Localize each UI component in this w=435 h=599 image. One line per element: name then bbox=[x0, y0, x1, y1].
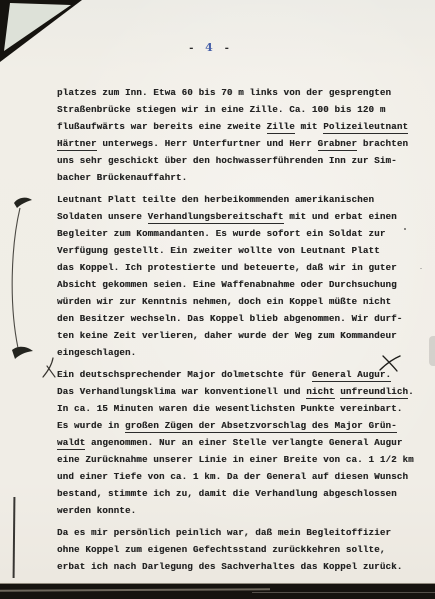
page-corner-fold bbox=[0, 0, 90, 70]
page-number-dash-right: - bbox=[223, 43, 232, 55]
text-line: Soldaten unsere Verhandlungsbereitschaft… bbox=[57, 208, 429, 225]
x-pen-mark bbox=[378, 354, 404, 374]
text-line: Leutnant Platt teilte den herbeikommende… bbox=[57, 191, 429, 208]
text-segment: ohne Koppel zum eigenen Gefechtsstand zu… bbox=[57, 544, 385, 555]
text-line: werden konnte. bbox=[57, 502, 429, 519]
text-line: waldt angenommen. Nur an einer Stelle ve… bbox=[57, 434, 429, 451]
text-segment: eine Zurücknahme unserer Linie in einer … bbox=[57, 454, 414, 465]
text-line: Härtner unterwegs. Herr Unterfurtner und… bbox=[57, 135, 429, 152]
text-segment: Es wurde in bbox=[57, 420, 125, 431]
paragraph: platzes zum Inn. Etwa 60 bis 70 m links … bbox=[57, 84, 429, 186]
page-edge-streak bbox=[252, 592, 435, 593]
text-segment: mit bbox=[295, 121, 323, 132]
text-line: In ca. 15 Minuten waren die wesentlichst… bbox=[57, 400, 429, 417]
scan-smudge bbox=[429, 336, 435, 366]
text-line: platzes zum Inn. Etwa 60 bis 70 m links … bbox=[57, 84, 429, 101]
text-line: uns sehr geschickt über den hochwasserfü… bbox=[57, 152, 429, 169]
paragraph: Leutnant Platt teilte den herbeikommende… bbox=[57, 191, 429, 361]
ink-speck bbox=[404, 228, 406, 230]
paragraph: Ein deutschsprechender Major dolmetschte… bbox=[57, 366, 429, 519]
document-body: platzes zum Inn. Etwa 60 bis 70 m links … bbox=[57, 84, 429, 580]
text-segment: das Koppel. Ich protestierte und beteuer… bbox=[57, 262, 397, 273]
underlined-text: unfreundlich bbox=[340, 386, 408, 399]
text-line: bacher Brückenauffahrt. bbox=[57, 169, 429, 186]
text-segment: Leutnant Platt teilte den herbeikommende… bbox=[57, 194, 374, 205]
text-line: Ein deutschsprechender Major dolmetschte… bbox=[57, 366, 429, 383]
page-number-value: 4 bbox=[205, 41, 215, 54]
text-segment: Ein deutschsprechender Major dolmetschte… bbox=[57, 369, 312, 380]
text-segment: eingeschlagen. bbox=[57, 347, 136, 358]
text-segment: brachten bbox=[357, 138, 408, 149]
text-line: würden wir zur Kenntnis nehmen, doch ein… bbox=[57, 293, 429, 310]
lambda-pen-mark bbox=[40, 356, 60, 380]
text-line: Straßenbrücke stiegen wir in eine Zille.… bbox=[57, 101, 429, 118]
text-segment: würden wir zur Kenntnis nehmen, doch ein… bbox=[57, 296, 391, 307]
paragraph: Da es mir persönlich peinlich war, daß m… bbox=[57, 524, 429, 575]
text-segment: Soldaten unsere bbox=[57, 211, 148, 222]
page-number-dash-left: - bbox=[188, 43, 197, 55]
page-number: - 4 - bbox=[0, 41, 420, 55]
underlined-text: waldt bbox=[57, 437, 85, 450]
text-segment: flußaufwärts war bereits eine zweite bbox=[57, 121, 267, 132]
text-segment: angenommen. Nur an einer Stelle verlangt… bbox=[85, 437, 402, 448]
underlined-text: Polizeileutnant bbox=[323, 121, 408, 134]
underlined-text: Härtner bbox=[57, 138, 97, 151]
text-line: Absicht gekommen seien. Eine Waffenabnah… bbox=[57, 276, 429, 293]
text-segment: unterwegs. Herr Unterfurtner und Herr bbox=[97, 138, 318, 149]
text-segment: werden konnte. bbox=[57, 505, 136, 516]
text-line: eingeschlagen. bbox=[57, 344, 429, 361]
text-line: den Besitzer wechseln. Das Koppel blieb … bbox=[57, 310, 429, 327]
text-segment: Absicht gekommen seien. Eine Waffenabnah… bbox=[57, 279, 397, 290]
text-line: ten keine Zeit verlieren, daher wurde de… bbox=[57, 327, 429, 344]
text-segment: erbat ich nach Darlegung des Sachverhalt… bbox=[57, 561, 402, 572]
text-line: das Koppel. Ich protestierte und beteuer… bbox=[57, 259, 429, 276]
scan-fold-line bbox=[13, 497, 16, 578]
page-edge-streak bbox=[0, 588, 270, 591]
underlined-text: Verhandlungsbereitschaft bbox=[148, 211, 284, 224]
page-bottom-edge bbox=[0, 583, 435, 599]
text-line: eine Zurücknahme unserer Linie in einer … bbox=[57, 451, 429, 468]
text-segment: In ca. 15 Minuten waren die wesentlichst… bbox=[57, 403, 402, 414]
underlined-text: Zille bbox=[267, 121, 295, 134]
ink-speck bbox=[420, 268, 422, 269]
text-segment: uns sehr geschickt über den hochwasserfü… bbox=[57, 155, 397, 166]
text-line: Das Verhandlungsklima war konventionell … bbox=[57, 383, 429, 400]
text-segment: Das Verhandlungsklima war konventionell … bbox=[57, 386, 306, 397]
text-segment: mit und erbat einen bbox=[284, 211, 397, 222]
text-segment: platzes zum Inn. Etwa 60 bis 70 m links … bbox=[57, 87, 391, 98]
text-segment: Verfügung gestellt. Ein zweiter wollte v… bbox=[57, 245, 380, 256]
text-segment: Straßenbrücke stiegen wir in eine Zille.… bbox=[57, 104, 385, 115]
underlined-text: nicht bbox=[306, 386, 334, 399]
text-line: Begleiter zum Kommandanten. Es wurde sof… bbox=[57, 225, 429, 242]
text-line: bestand, stimmte ich zu, damit die Verha… bbox=[57, 485, 429, 502]
text-segment: Begleiter zum Kommandanten. Es wurde sof… bbox=[57, 228, 385, 239]
text-segment: bestand, stimmte ich zu, damit die Verha… bbox=[57, 488, 397, 499]
text-segment: ten keine Zeit verlieren, daher wurde de… bbox=[57, 330, 397, 341]
text-segment: . bbox=[408, 386, 414, 397]
text-segment: den Besitzer wechseln. Das Koppel blieb … bbox=[57, 313, 402, 324]
text-segment: und einer Tiefe von ca. 1 km. Da der Gen… bbox=[57, 471, 408, 482]
underlined-text: großen Zügen der Absetzvorschlag des Maj… bbox=[125, 420, 397, 433]
text-line: ohne Koppel zum eigenen Gefechtsstand zu… bbox=[57, 541, 429, 558]
scanned-document-page: - 4 - platzes zum Inn. Etwa 60 bis 70 m … bbox=[0, 0, 435, 599]
text-line: erbat ich nach Darlegung des Sachverhalt… bbox=[57, 558, 429, 575]
text-line: Verfügung gestellt. Ein zweiter wollte v… bbox=[57, 242, 429, 259]
text-line: Es wurde in großen Zügen der Absetzvorsc… bbox=[57, 417, 429, 434]
text-line: flußaufwärts war bereits eine zweite Zil… bbox=[57, 118, 429, 135]
text-segment: Da es mir persönlich peinlich war, daß m… bbox=[57, 527, 391, 538]
margin-pen-bracket-mark bbox=[6, 196, 48, 374]
text-line: und einer Tiefe von ca. 1 km. Da der Gen… bbox=[57, 468, 429, 485]
underlined-text: Grabner bbox=[318, 138, 358, 151]
text-line: Da es mir persönlich peinlich war, daß m… bbox=[57, 524, 429, 541]
text-segment: bacher Brückenauffahrt. bbox=[57, 172, 187, 183]
